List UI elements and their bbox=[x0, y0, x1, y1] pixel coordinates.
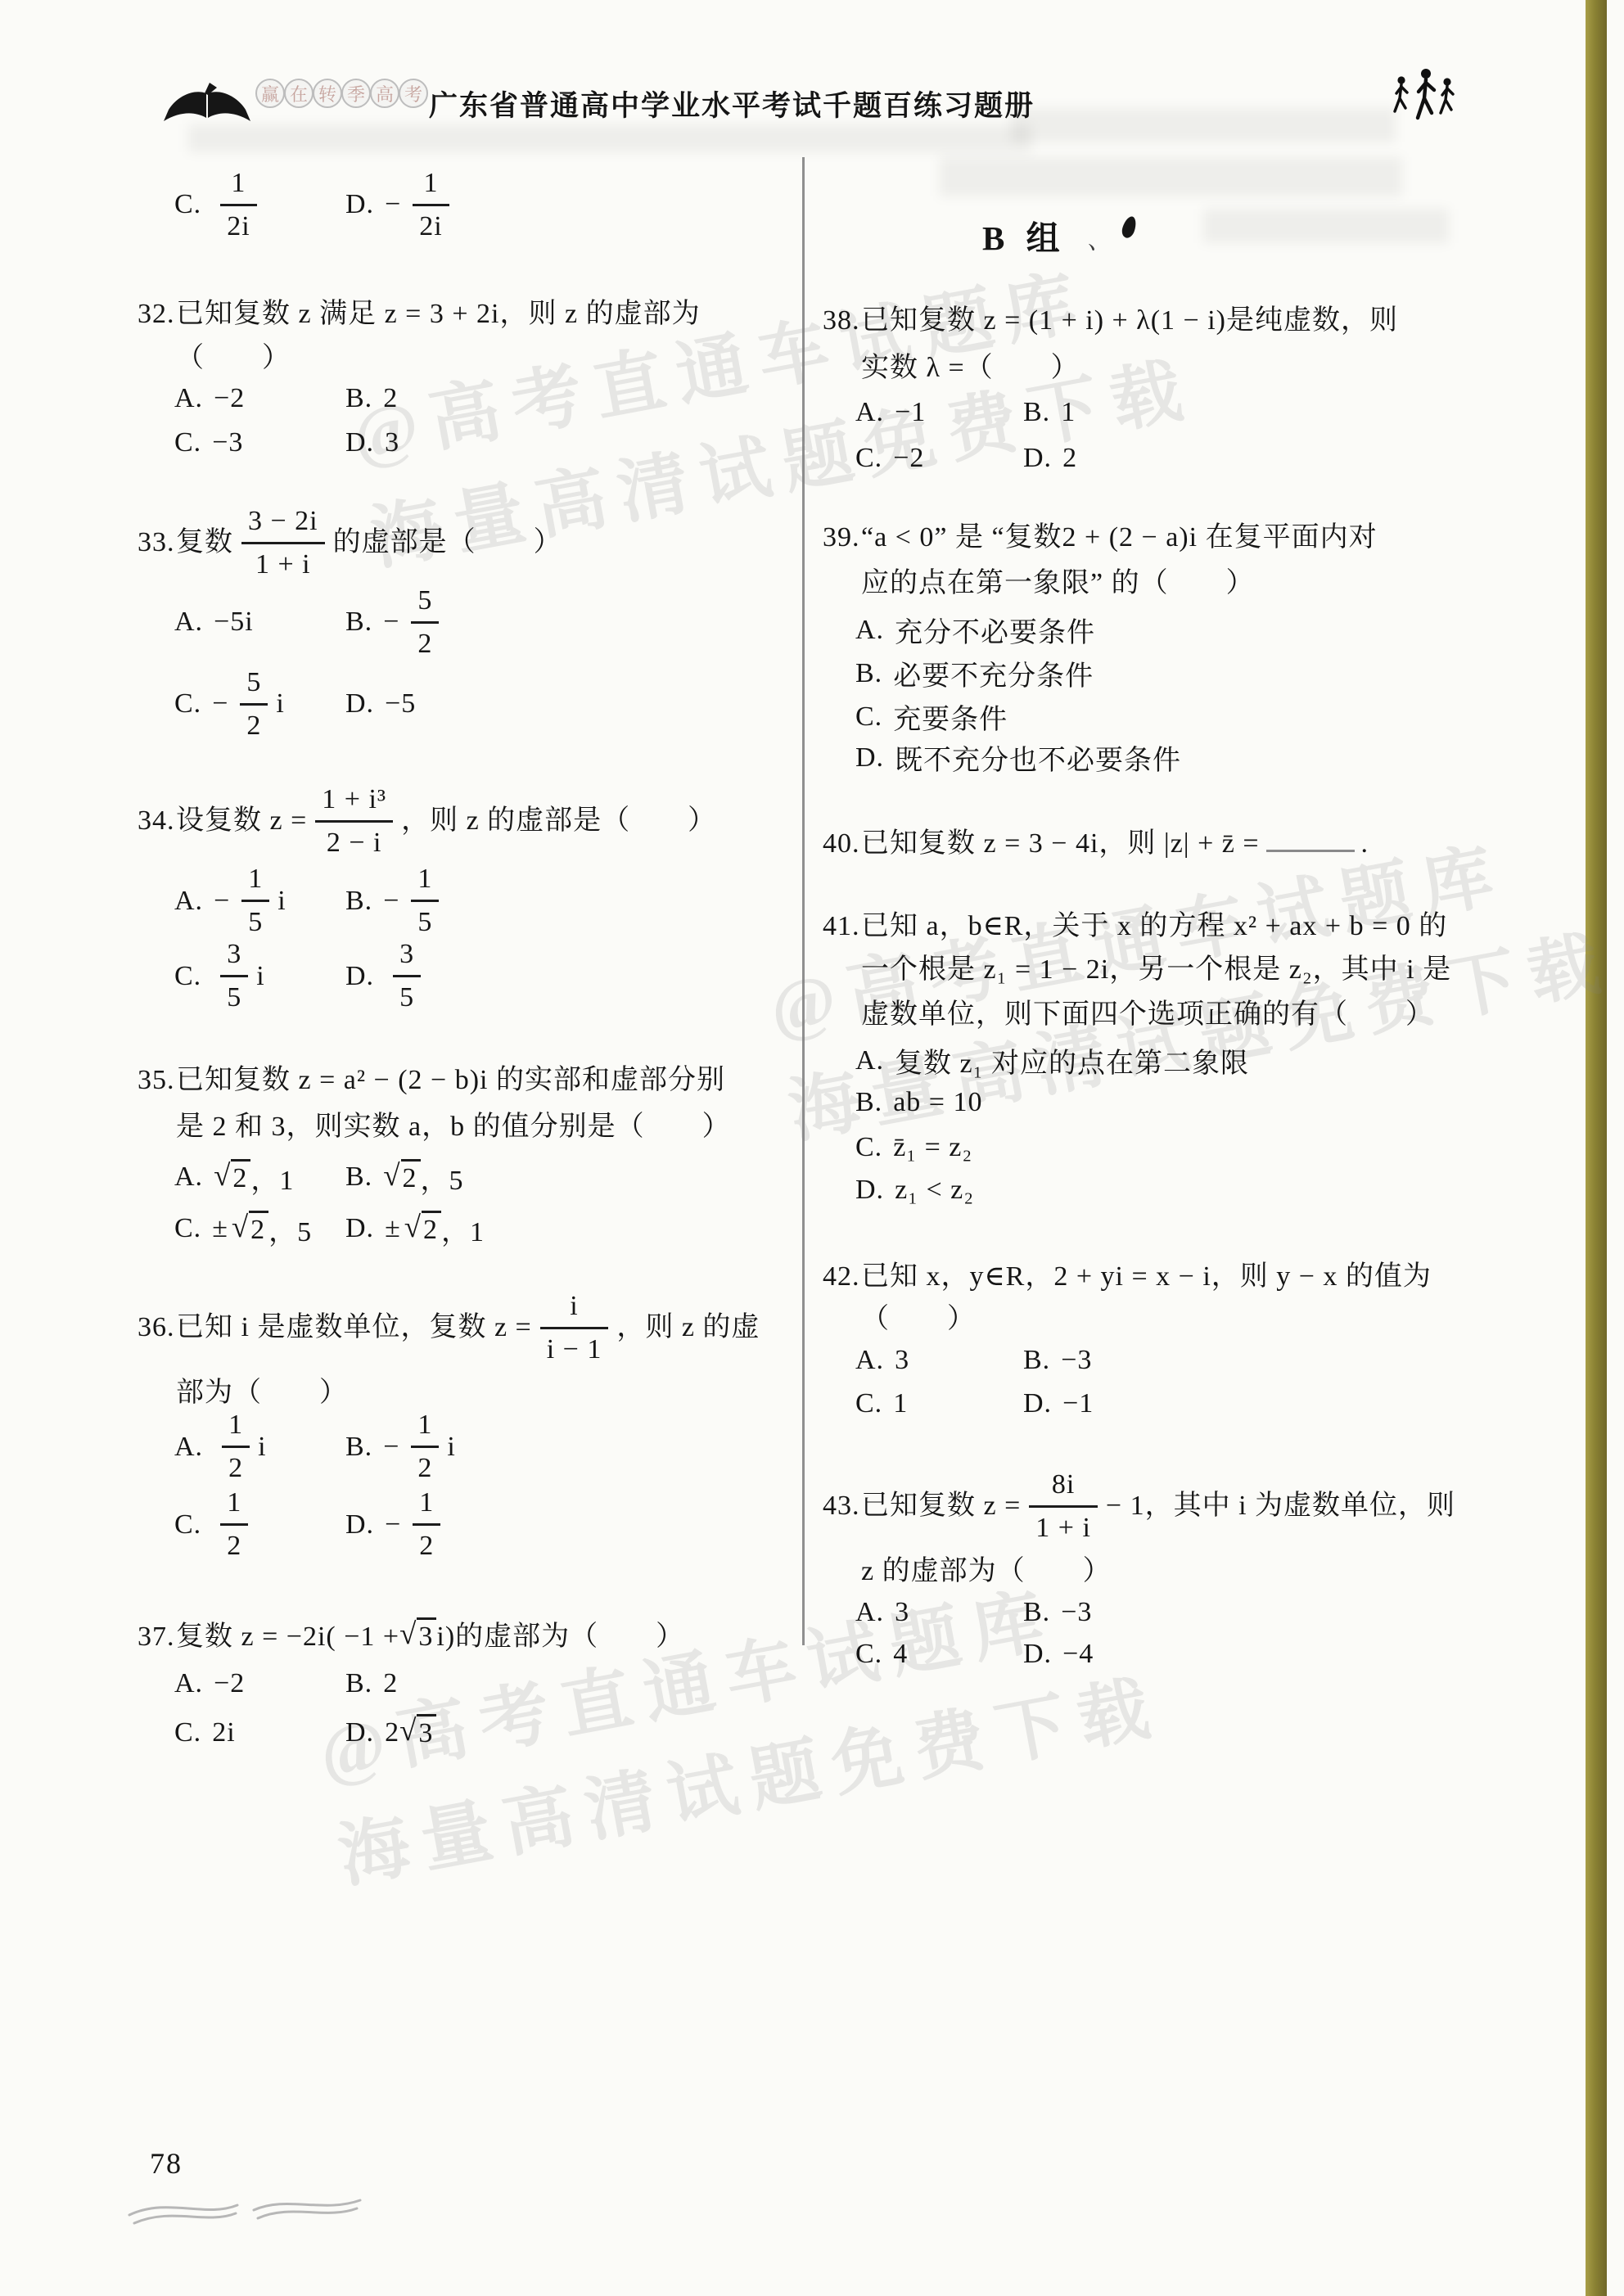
minus-sign: − bbox=[385, 189, 401, 220]
numerator: 5 bbox=[411, 587, 439, 621]
numerator: 1 bbox=[413, 169, 449, 204]
option-value: 2 bbox=[383, 1668, 398, 1699]
question-38-options-row-2: C.−2 D.2 bbox=[855, 443, 1077, 474]
option-d: D. 35 bbox=[345, 941, 429, 1012]
question-33-stem: 33. 复数 3 − 2i1 + i 的虚部是（ ） bbox=[138, 498, 562, 588]
option-letter: B. bbox=[855, 658, 882, 689]
option-letter: C. bbox=[174, 427, 201, 458]
option-d: D.−5 bbox=[345, 688, 416, 719]
option-suffix: i bbox=[276, 688, 284, 719]
question-42-options-row-1: A.3 B.−3 bbox=[855, 1345, 1092, 1376]
question-39-option-b: B.必要不充分条件 bbox=[855, 653, 1094, 693]
option-letter: C. bbox=[174, 1213, 201, 1244]
question-number: 41. bbox=[823, 909, 861, 945]
question-32-options-row-2: C.−3 D.3 bbox=[174, 427, 399, 458]
minus-sign: − bbox=[383, 886, 399, 917]
option-value: z₁ < z₂ bbox=[895, 1175, 974, 1206]
open-book-icon bbox=[160, 80, 257, 128]
stem-text: − 1，其中 i 为虚数单位，则 bbox=[1106, 1488, 1455, 1524]
square-root: √3 bbox=[399, 1715, 436, 1750]
header-logo-badges: 赢在转季高考 bbox=[255, 79, 427, 108]
stem-text: ，则 z 的虚部是（ ） bbox=[401, 803, 716, 839]
option-d: D. − 12i bbox=[345, 169, 458, 241]
option-letter: B. bbox=[345, 886, 372, 917]
logo-badge: 赢 bbox=[255, 79, 285, 108]
option-value: ab = 10 bbox=[893, 1087, 982, 1118]
radical-sign: √ bbox=[232, 1211, 249, 1244]
option-b: B.−3 bbox=[1023, 1345, 1092, 1376]
workbook-page: { "header": { "title": "广东省普通高中学业水平考试千题百… bbox=[0, 0, 1624, 2296]
stem-text: ，则 z 的虚 bbox=[616, 1310, 760, 1346]
option-letter: A. bbox=[855, 615, 884, 646]
option-letter: A. bbox=[855, 397, 884, 428]
option-value: −2 bbox=[214, 1668, 245, 1699]
scan-shading bbox=[188, 124, 1031, 152]
question-number: 37. bbox=[138, 1619, 176, 1655]
denominator: 2i bbox=[220, 204, 256, 241]
option-a: A. √2 ，1 bbox=[174, 1157, 345, 1198]
fraction: 12 bbox=[413, 1489, 440, 1560]
question-number: 35. bbox=[138, 1062, 176, 1098]
stem-text: 已知复数 z = (1 + i) + λ(1 − i)是纯虚数，则 bbox=[861, 305, 1398, 336]
option-b: B.2 bbox=[345, 383, 398, 414]
square-root: √3 bbox=[399, 1617, 436, 1656]
question-34-options-row-1: A. − 15 i B. − 15 bbox=[174, 858, 447, 944]
numerator: 1 bbox=[413, 1489, 440, 1523]
question-number: 32. bbox=[138, 296, 176, 332]
option-value: 2 bbox=[385, 1717, 399, 1748]
stem-text: 已知复数 z = a² − (2 − b)i 的实部和虚部分别 bbox=[176, 1065, 725, 1095]
option-letter: D. bbox=[345, 189, 374, 220]
fraction: 15 bbox=[241, 865, 269, 936]
option-d: D. ± √2 ，1 bbox=[345, 1209, 485, 1249]
numerator: 3 bbox=[393, 941, 421, 975]
question-39-option-c: C.充要条件 bbox=[855, 697, 1008, 737]
denominator: 2 bbox=[413, 1523, 440, 1560]
question-39-stem-line-2: 应的点在第一象限” 的（ ） bbox=[861, 566, 1255, 602]
option-value: 复数 z₁ 对应的点在第二象限 bbox=[895, 1040, 1249, 1080]
stem-text: i) bbox=[436, 1622, 455, 1652]
option-letter: B. bbox=[345, 1432, 372, 1463]
question-32-paren: （ ） bbox=[176, 341, 291, 377]
question-35-stem-line-1: 35.已知复数 z = a² − (2 − b)i 的实部和虚部分别 bbox=[138, 1062, 725, 1098]
denominator: 1 + i bbox=[241, 542, 325, 579]
stem-text: 复数 bbox=[176, 525, 233, 561]
option-letter: A. bbox=[174, 1668, 203, 1699]
option-value: 充分不必要条件 bbox=[895, 610, 1095, 650]
question-number: 40. bbox=[823, 826, 861, 862]
option-c: C. ± √2 ，5 bbox=[174, 1209, 345, 1249]
question-41-stem-line-1: 41.已知 a，b∈R，关于 x 的方程 x² + ax + b = 0 的 bbox=[823, 909, 1447, 945]
question-42-stem-line-2: （ ） bbox=[861, 1301, 976, 1337]
option-value: −3 bbox=[1061, 1597, 1092, 1628]
option-value: 3 bbox=[385, 427, 399, 458]
square-root: √2 bbox=[404, 1211, 441, 1247]
option-letter: B. bbox=[345, 1668, 372, 1699]
option-value: 3 bbox=[895, 1597, 909, 1628]
option-value: −1 bbox=[1062, 1388, 1094, 1419]
square-root: √2 bbox=[383, 1160, 420, 1195]
plus-minus-sign: ± bbox=[212, 1213, 228, 1244]
option-value: −3 bbox=[212, 427, 243, 458]
option-letter: D. bbox=[855, 742, 884, 774]
option-letter: B. bbox=[1023, 397, 1050, 428]
minus-sign: − bbox=[383, 1432, 399, 1463]
question-37-options-row-2: C.2i D. 2 √3 bbox=[174, 1715, 436, 1750]
stem-text: 的虚部为（ ） bbox=[455, 1622, 684, 1652]
fraction: ii − 1 bbox=[540, 1292, 609, 1364]
option-letter: C. bbox=[855, 1388, 882, 1419]
question-43-options-row-1: A.3 B.−3 bbox=[855, 1597, 1092, 1628]
denominator: 1 + i bbox=[1029, 1505, 1098, 1542]
option-a: A.3 bbox=[855, 1597, 1023, 1628]
option-letter: C. bbox=[174, 189, 201, 220]
option-c: C. 12i bbox=[174, 169, 345, 241]
option-value: −4 bbox=[1062, 1639, 1094, 1670]
minus-sign: − bbox=[212, 688, 228, 719]
option-letter: A. bbox=[174, 1432, 203, 1463]
footer-swoosh-icon bbox=[123, 2190, 368, 2236]
option-value: 1 bbox=[893, 1388, 908, 1419]
fraction: 52 bbox=[240, 669, 268, 740]
logo-badge: 转 bbox=[313, 79, 342, 108]
numerator: 1 bbox=[220, 169, 256, 204]
denominator: 2 bbox=[220, 1523, 248, 1560]
option-letter: C. bbox=[855, 443, 882, 474]
ink-blob bbox=[1120, 214, 1139, 239]
option-letter: B. bbox=[345, 383, 372, 414]
fraction: 12i bbox=[413, 169, 449, 241]
logo-badge: 在 bbox=[284, 79, 314, 108]
option-letter: D. bbox=[855, 1175, 884, 1206]
denominator: 2i bbox=[413, 204, 449, 241]
numerator: 1 bbox=[411, 1411, 439, 1446]
answer-blank bbox=[1266, 823, 1355, 852]
option-d: D.2 bbox=[1023, 443, 1077, 474]
option-value: ，1 bbox=[441, 1209, 485, 1249]
fraction: 12i bbox=[220, 169, 256, 241]
option-d: D. 2 √3 bbox=[345, 1715, 436, 1750]
denominator: 2 bbox=[411, 621, 439, 658]
option-letter: D. bbox=[1023, 1388, 1052, 1419]
option-letter: D. bbox=[345, 427, 374, 458]
question-number: 33. bbox=[138, 525, 176, 561]
denominator: 5 bbox=[411, 900, 439, 936]
fraction: 12 bbox=[411, 1411, 439, 1482]
question-37-stem: 37.复数 z = −2i( −1 +√3i)的虚部为（ ） bbox=[138, 1617, 684, 1656]
question-42-stem-line-1: 42.已知 x，y∈R，2 + yi = x − i，则 y − x 的值为 bbox=[823, 1259, 1432, 1295]
option-letter: D. bbox=[345, 1717, 374, 1748]
numerator: 1 bbox=[222, 1411, 250, 1446]
radical-sign: √ bbox=[383, 1159, 400, 1193]
option-a: A. 12 i bbox=[174, 1411, 345, 1482]
option-letter: D. bbox=[1023, 1639, 1052, 1670]
option-a: A.−1 bbox=[855, 397, 1023, 428]
minus-sign: − bbox=[385, 1509, 401, 1540]
question-39-stem-line-1: 39.“a < 0” 是 “复数2 + (2 − a)i 在复平面内对 bbox=[823, 520, 1378, 556]
option-letter: A. bbox=[174, 886, 203, 917]
option-c: C.4 bbox=[855, 1639, 1023, 1670]
fraction: 8i1 + i bbox=[1029, 1471, 1098, 1542]
stem-text: 复数 z = −2i( −1 + bbox=[176, 1622, 399, 1652]
question-41-option-c: C.z̄₁ = z₂ bbox=[855, 1132, 972, 1163]
option-b: B. √2 ，5 bbox=[345, 1157, 464, 1198]
scan-shading bbox=[1011, 108, 1396, 142]
fraction: 12 bbox=[220, 1489, 248, 1560]
section-b-heading: B 组 bbox=[982, 211, 1067, 259]
option-a: A.−2 bbox=[174, 383, 345, 414]
option-b: B.2 bbox=[345, 1668, 398, 1699]
question-42-options-row-2: C.1 D.−1 bbox=[855, 1388, 1094, 1419]
question-38-options-row-1: A.−1 B.1 bbox=[855, 397, 1076, 428]
question-39-option-a: A.充分不必要条件 bbox=[855, 610, 1095, 650]
page-number: 78 bbox=[150, 2146, 183, 2181]
stem-text: 的虚部是（ ） bbox=[333, 525, 562, 561]
numerator: 3 − 2i bbox=[241, 507, 325, 542]
option-c: C.−3 bbox=[174, 427, 345, 458]
question-31-options-row: C. 12i D. − 12i bbox=[174, 162, 458, 247]
fraction: 35 bbox=[220, 941, 248, 1012]
option-value: 2 bbox=[383, 383, 398, 414]
option-c: C. 12 bbox=[174, 1489, 345, 1560]
radicand: 3 bbox=[417, 1714, 436, 1748]
option-b: B. − 15 bbox=[345, 865, 447, 936]
denominator: i − 1 bbox=[540, 1327, 609, 1364]
option-value: −5i bbox=[214, 607, 254, 638]
question-number: 39. bbox=[823, 520, 861, 556]
option-d: D.−1 bbox=[1023, 1388, 1094, 1419]
numerator: 8i bbox=[1029, 1471, 1098, 1505]
radical-sign: √ bbox=[399, 1617, 417, 1651]
question-35-options-row-1: A. √2 ，1 B. √2 ，5 bbox=[174, 1156, 464, 1198]
option-letter: D. bbox=[345, 1213, 374, 1244]
option-suffix: i bbox=[277, 886, 286, 917]
question-40-stem: 40.已知复数 z = 3 − 4i，则 |z| + z̄ =. bbox=[823, 823, 1369, 862]
stem-text: 已知 i 是虚数单位，复数 z = bbox=[176, 1310, 532, 1346]
option-value: −2 bbox=[893, 443, 924, 474]
runners-icon bbox=[1392, 67, 1460, 128]
minus-sign: − bbox=[214, 886, 230, 917]
question-32-options-row-1: A.−2 B.2 bbox=[174, 383, 398, 414]
page-title: 广东省普通高中学业水平考试千题百练习题册 bbox=[429, 83, 1035, 124]
option-value: 既不充分也不必要条件 bbox=[895, 738, 1181, 778]
option-suffix: i bbox=[258, 1432, 266, 1463]
question-36-options-row-1: A. 12 i B. − 12 i bbox=[174, 1404, 456, 1490]
fraction: 52 bbox=[411, 587, 439, 658]
option-value: 充要条件 bbox=[893, 697, 1008, 737]
option-letter: B. bbox=[345, 1162, 372, 1193]
option-value: 4 bbox=[893, 1639, 908, 1670]
radical-sign: √ bbox=[214, 1159, 231, 1193]
option-value: −1 bbox=[895, 397, 926, 428]
option-letter: A. bbox=[174, 607, 203, 638]
numerator: 1 bbox=[241, 865, 269, 900]
question-43-stem-line-2: z 的虚部为（ ） bbox=[861, 1554, 1112, 1590]
option-b: B. − 12 i bbox=[345, 1411, 456, 1482]
option-suffix: i bbox=[256, 961, 264, 992]
option-value: 2i bbox=[212, 1717, 235, 1748]
radical-sign: √ bbox=[404, 1211, 422, 1244]
option-a: A.−2 bbox=[174, 1668, 345, 1699]
radicand: 2 bbox=[422, 1211, 441, 1245]
question-34-stem: 34. 设复数 z = 1 + i³2 − i ，则 z 的虚部是（ ） bbox=[138, 776, 716, 866]
option-value: 3 bbox=[895, 1345, 909, 1376]
stem-text: 已知复数 z = 3 − 4i，则 |z| + z̄ = bbox=[861, 828, 1260, 859]
option-letter: D. bbox=[345, 1509, 374, 1540]
option-d: D. − 12 bbox=[345, 1489, 449, 1560]
plus-minus-sign: ± bbox=[385, 1213, 401, 1244]
question-number: 43. bbox=[823, 1488, 861, 1524]
option-b: B. − 52 bbox=[345, 587, 447, 658]
option-value: 必要不充分条件 bbox=[893, 653, 1094, 693]
question-36-options-row-2: C. 12 D. − 12 bbox=[174, 1482, 449, 1568]
option-c: C.1 bbox=[855, 1388, 1023, 1419]
option-c: C.2i bbox=[174, 1717, 345, 1748]
option-letter: A. bbox=[855, 1597, 884, 1628]
option-d: D.3 bbox=[345, 427, 399, 458]
option-value: ，5 bbox=[421, 1157, 464, 1198]
fraction: 3 − 2i1 + i bbox=[241, 507, 325, 579]
watermark-line: 海量高清试题免费下载 bbox=[331, 1654, 1171, 1910]
denominator: 2 − i bbox=[315, 820, 393, 857]
question-34-options-row-2: C. 35 i D. 35 bbox=[174, 933, 429, 1019]
option-suffix: i bbox=[447, 1432, 455, 1463]
option-b: B.1 bbox=[1023, 397, 1076, 428]
option-b: B.−3 bbox=[1023, 1597, 1092, 1628]
denominator: 2 bbox=[222, 1446, 250, 1482]
denominator: 2 bbox=[240, 703, 268, 740]
fraction: 12 bbox=[222, 1411, 250, 1482]
question-35-stem-line-2: 是 2 和 3，则实数 a，b 的值分别是（ ） bbox=[176, 1109, 731, 1145]
question-41-stem-line-3: 虚数单位，则下面四个选项正确的有（ ） bbox=[861, 997, 1434, 1033]
option-letter: C. bbox=[174, 961, 201, 992]
logo-badge: 高 bbox=[370, 79, 399, 108]
option-d: D.−4 bbox=[1023, 1639, 1094, 1670]
question-32-stem: 32.已知复数 z 满足 z = 3 + 2i，则 z 的虚部为 bbox=[138, 296, 701, 332]
numerator: 3 bbox=[220, 941, 248, 975]
question-33-options-row-1: A.−5i B. − 52 bbox=[174, 577, 447, 667]
scan-shading bbox=[1203, 209, 1449, 243]
denominator: 2 bbox=[411, 1446, 439, 1482]
question-33-options-row-2: C. − 52 i D.−5 bbox=[174, 659, 416, 749]
stem-text: 已知复数 z = bbox=[861, 1488, 1021, 1524]
question-38-stem-line-1: 38.已知复数 z = (1 + i) + λ(1 − i)是纯虚数，则 bbox=[823, 303, 1398, 339]
option-letter: D. bbox=[345, 688, 374, 719]
stem-text: . bbox=[1361, 828, 1369, 859]
stem-text: “a < 0” 是 “复数2 + (2 − a)i 在复平面内对 bbox=[861, 522, 1378, 553]
radical-sign: √ bbox=[399, 1714, 417, 1748]
option-value: 2 bbox=[1062, 443, 1077, 474]
option-value: ，1 bbox=[250, 1157, 294, 1198]
option-letter: A. bbox=[174, 383, 203, 414]
fraction: 15 bbox=[411, 865, 439, 936]
denominator: 5 bbox=[220, 975, 248, 1012]
question-43-stem: 43. 已知复数 z = 8i1 + i − 1，其中 i 为虚数单位，则 bbox=[823, 1464, 1455, 1549]
denominator: 5 bbox=[393, 975, 421, 1012]
option-c: C. − 52 i bbox=[174, 669, 345, 740]
column-divider bbox=[802, 157, 805, 1645]
option-letter: B. bbox=[345, 607, 372, 638]
option-letter: D. bbox=[1023, 443, 1052, 474]
page-edge-band bbox=[1586, 0, 1607, 2296]
stem-text: 已知 x，y∈R，2 + yi = x − i，则 y − x 的值为 bbox=[861, 1261, 1432, 1292]
square-root: √2 bbox=[214, 1160, 250, 1195]
numerator: 1 bbox=[411, 865, 439, 900]
option-value: ，5 bbox=[268, 1209, 312, 1249]
option-letter: B. bbox=[1023, 1597, 1050, 1628]
option-letter: A. bbox=[855, 1045, 884, 1076]
option-letter: C. bbox=[174, 1509, 201, 1540]
logo-badge: 季 bbox=[341, 79, 371, 108]
denominator: 5 bbox=[241, 900, 269, 936]
question-36-stem: 36. 已知 i 是虚数单位，复数 z = ii − 1 ，则 z 的虚 bbox=[138, 1285, 760, 1371]
option-c: C. 35 i bbox=[174, 941, 345, 1012]
stem-text: 已知复数 z 满足 z = 3 + 2i，则 z 的虚部为 bbox=[176, 299, 701, 329]
numerator: 5 bbox=[240, 669, 268, 703]
radicand: 2 bbox=[249, 1211, 268, 1245]
question-41-option-b: B.ab = 10 bbox=[855, 1087, 982, 1118]
watermark-line: 海量高清试题免费下载 bbox=[781, 909, 1621, 1166]
option-value: −3 bbox=[1061, 1345, 1092, 1376]
option-letter: C. bbox=[855, 1639, 882, 1670]
numerator: 1 bbox=[220, 1489, 248, 1523]
question-number: 42. bbox=[823, 1259, 861, 1295]
radicand: 3 bbox=[417, 1617, 436, 1652]
option-letter: C. bbox=[174, 1717, 201, 1748]
question-number: 36. bbox=[138, 1310, 176, 1346]
option-letter: C. bbox=[855, 701, 882, 733]
stem-text: 设复数 z = bbox=[176, 803, 307, 839]
option-letter: A. bbox=[174, 1162, 203, 1193]
scan-shading bbox=[940, 157, 1402, 196]
question-41-stem-line-2: 一个根是 z₁ = 1 − 2i，另一个根是 z₂，其中 i 是 bbox=[861, 952, 1451, 988]
option-value: 1 bbox=[1061, 397, 1076, 428]
option-a: A.3 bbox=[855, 1345, 1023, 1376]
stem-text: 已知 a，b∈R，关于 x 的方程 x² + ax + b = 0 的 bbox=[861, 911, 1447, 941]
option-c: C.−2 bbox=[855, 443, 1023, 474]
fraction: 1 + i³2 − i bbox=[315, 786, 393, 857]
option-value: z̄₁ = z₂ bbox=[893, 1132, 972, 1163]
option-letter: B. bbox=[1023, 1345, 1050, 1376]
question-37-options-row-1: A.−2 B.2 bbox=[174, 1668, 398, 1699]
question-number: 34. bbox=[138, 803, 176, 839]
minus-sign: − bbox=[383, 607, 399, 638]
radicand: 2 bbox=[401, 1159, 421, 1193]
logo-badge: 考 bbox=[399, 79, 428, 108]
fraction: 35 bbox=[393, 941, 421, 1012]
question-43-options-row-2: C.4 D.−4 bbox=[855, 1639, 1094, 1670]
option-value: −2 bbox=[214, 383, 245, 414]
option-value: −5 bbox=[385, 688, 416, 719]
question-41-option-a: A.复数 z₁ 对应的点在第二象限 bbox=[855, 1040, 1249, 1080]
numerator: i bbox=[540, 1292, 609, 1327]
option-letter: D. bbox=[345, 961, 374, 992]
question-39-option-d: D.既不充分也不必要条件 bbox=[855, 738, 1181, 778]
ink-tick-mark: 、 bbox=[1086, 219, 1116, 259]
question-35-options-row-2: C. ± √2 ，5 D. ± √2 ，1 bbox=[174, 1207, 485, 1250]
option-letter: B. bbox=[855, 1087, 882, 1118]
question-38-stem-line-2: 实数 λ =（ ） bbox=[861, 350, 1080, 386]
radicand: 2 bbox=[231, 1159, 250, 1193]
square-root: √2 bbox=[232, 1211, 268, 1247]
option-a: A.−5i bbox=[174, 607, 345, 638]
numerator: 1 + i³ bbox=[315, 786, 393, 820]
question-41-option-d: D.z₁ < z₂ bbox=[855, 1175, 974, 1206]
option-letter: C. bbox=[174, 688, 201, 719]
option-a: A. − 15 i bbox=[174, 865, 345, 936]
question-number: 38. bbox=[823, 303, 861, 339]
option-letter: C. bbox=[855, 1132, 882, 1163]
